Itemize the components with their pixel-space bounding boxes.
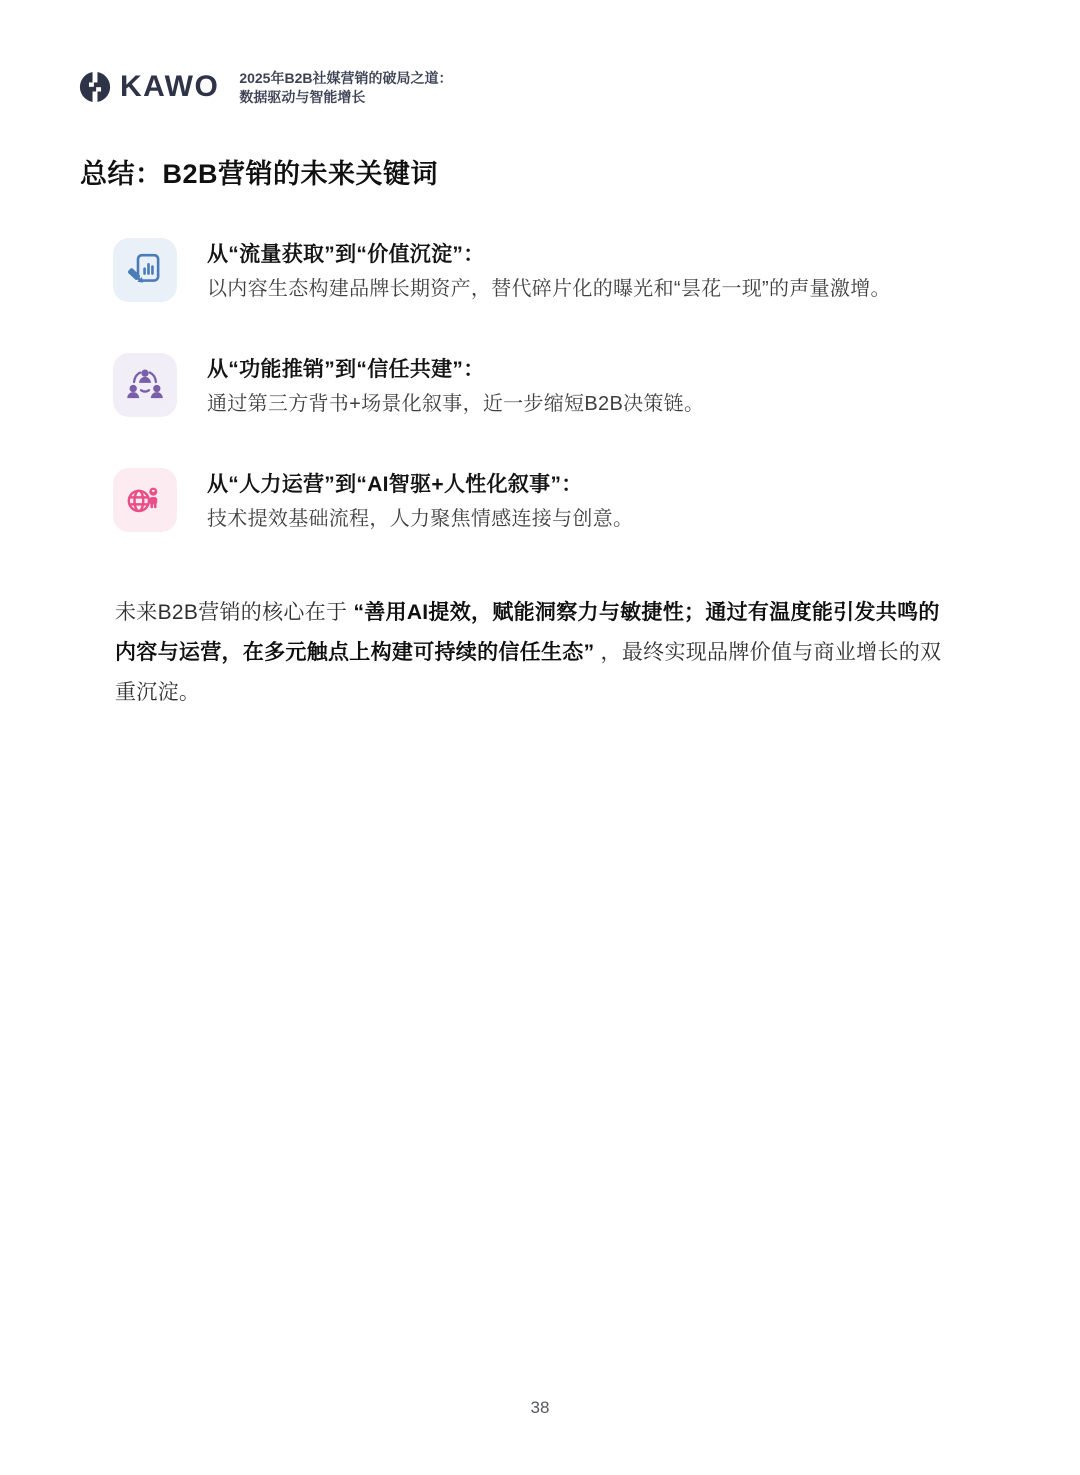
globe-person-icon: [113, 468, 177, 532]
keyword-title: 从“功能推销”到“信任共建”：: [207, 355, 704, 385]
report-subtitle: 2025年B2B社媒营销的破局之道： 数据驱动与智能增长: [239, 69, 452, 107]
keyword-texts: 从“人力运营”到“AI智驱+人性化叙事”： 技术提效基础流程，人力聚焦情感连接与…: [207, 468, 633, 533]
keyword-texts: 从“功能推销”到“信任共建”： 通过第三方背书+场景化叙事，近一步缩短B2B决策…: [207, 353, 704, 418]
brand-name: KAWO: [120, 70, 219, 104]
keyword-item-ai-human: 从“人力运营”到“AI智驱+人性化叙事”： 技术提效基础流程，人力聚焦情感连接与…: [113, 468, 973, 533]
kawo-logo-icon: [78, 70, 112, 104]
summary-paragraph: 未来B2B营销的核心在于 “善用AI提效，赋能洞察力与敏捷性；通过有温度能引发共…: [115, 593, 950, 713]
keyword-desc: 通过第三方背书+场景化叙事，近一步缩短B2B决策链。: [207, 390, 704, 418]
keyword-title: 从“流量获取”到“价值沉淀”：: [207, 240, 891, 270]
report-page: KAWO 2025年B2B社媒营销的破局之道： 数据驱动与智能增长 总结：B2B…: [0, 0, 1080, 1475]
people-network-icon: [113, 353, 177, 417]
page-title: 总结：B2B营销的未来关键词: [80, 152, 438, 191]
document-chart-pencil-icon: [113, 238, 177, 302]
page-number: 38: [0, 1398, 1080, 1418]
keyword-list: 从“流量获取”到“价值沉淀”： 以内容生态构建品牌长期资产，替代碎片化的曝光和“…: [113, 238, 973, 583]
kawo-logo: KAWO: [78, 70, 219, 104]
keyword-item-value: 从“流量获取”到“价值沉淀”： 以内容生态构建品牌长期资产，替代碎片化的曝光和“…: [113, 238, 973, 303]
keyword-title: 从“人力运营”到“AI智驱+人性化叙事”：: [207, 470, 633, 500]
keyword-item-trust: 从“功能推销”到“信任共建”： 通过第三方背书+场景化叙事，近一步缩短B2B决策…: [113, 353, 973, 418]
keyword-desc: 技术提效基础流程，人力聚焦情感连接与创意。: [207, 505, 633, 533]
keyword-texts: 从“流量获取”到“价值沉淀”： 以内容生态构建品牌长期资产，替代碎片化的曝光和“…: [207, 238, 891, 303]
header: KAWO 2025年B2B社媒营销的破局之道： 数据驱动与智能增长: [78, 70, 452, 107]
keyword-desc: 以内容生态构建品牌长期资产，替代碎片化的曝光和“昙花一现”的声量激增。: [207, 275, 891, 303]
summary-prefix: 未来B2B营销的核心在于: [115, 601, 353, 624]
